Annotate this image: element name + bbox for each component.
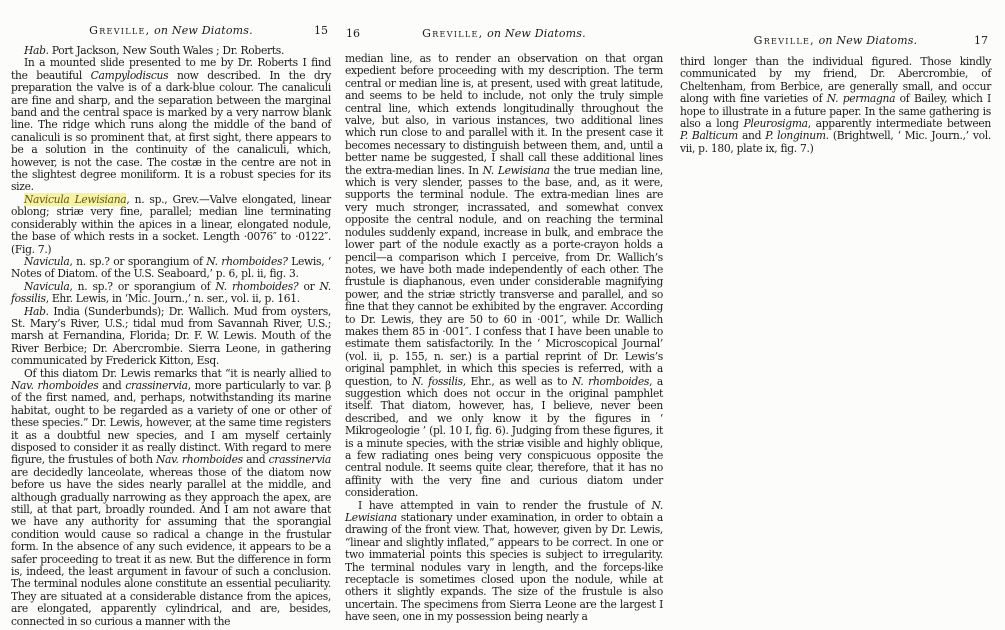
text-run: Of this diatom Dr. Lewis remarks that “i… xyxy=(24,367,331,380)
text-run: and xyxy=(243,453,269,466)
search-highlight: Navicula Lewisiana xyxy=(24,193,126,206)
page-number: 15 xyxy=(314,24,328,37)
text-run: and xyxy=(98,379,125,392)
running-title-subject: on New Diatoms. xyxy=(815,34,917,47)
text-run: India (Sunderbunds); Dr. Wallich. Mud fr… xyxy=(11,305,331,368)
text-run: or xyxy=(298,280,319,293)
text-run: P. Balticum xyxy=(680,129,738,142)
running-title-subject: on New Diatoms. xyxy=(483,27,585,40)
paragraph: Navicula Lewisiana, n. sp., Grev.—Valve … xyxy=(11,194,331,256)
text-run: N. permagna xyxy=(827,92,895,105)
text-run: Navicula xyxy=(24,280,69,293)
text-run: , n. sp.? or sporangium of xyxy=(69,255,206,268)
text-run: I have attempted in vain to render the f… xyxy=(358,499,652,512)
text-run: Pleurosigma xyxy=(743,117,807,130)
text-run: N. Lewisiana xyxy=(483,164,550,177)
scanned-document: { "document": { "colors": { "page_backgr… xyxy=(0,0,1005,630)
text-run: the true median line, which is very slen… xyxy=(345,164,663,388)
text-run: N. rhomboides? xyxy=(215,280,298,293)
running-title: Greville, on New Diatoms. xyxy=(11,24,331,37)
text-run: , Ehr., as well as to xyxy=(463,375,572,388)
text-run: Port Jackson, New South Wales ; Dr. Robe… xyxy=(49,44,284,57)
text-run: median line, as to render an observation… xyxy=(345,52,663,177)
running-title-author: Greville, xyxy=(89,24,150,37)
running-title: Greville, on New Diatoms. xyxy=(680,34,991,47)
paragraph: Hab. India (Sunderbunds); Dr. Wallich. M… xyxy=(11,306,331,368)
paragraph: median line, as to render an observation… xyxy=(345,53,663,500)
paragraph: third longer than the individual figured… xyxy=(680,56,991,155)
text-run: crassinervia xyxy=(125,379,187,392)
text-run: Hab. xyxy=(24,44,49,57)
text-run: N. rhomboides? xyxy=(206,255,287,268)
page-15: Greville, on New Diatoms. 15 Hab. Port J… xyxy=(11,0,331,630)
text-run: are decidedly lanceolate, whereas those … xyxy=(11,466,331,628)
text-run: now described. In the dry preparation th… xyxy=(11,69,331,194)
text-run: , Ehr. Lewis, in ‘Mic. Journ.,’ n. ser.,… xyxy=(46,292,300,305)
paragraph: Navicula, n. sp.? or sporangium of N. rh… xyxy=(11,281,331,306)
text-run: , apparently intermediate between xyxy=(808,117,991,130)
text-run: Campylodiscus xyxy=(91,69,169,82)
page-header: Greville, on New Diatoms. 15 xyxy=(11,24,331,38)
text-run: Hab. xyxy=(24,305,49,318)
paragraph: Navicula, n. sp.? or sporangium of N. rh… xyxy=(11,256,331,281)
page-number: 17 xyxy=(974,34,988,47)
text-run: N. rhomboides xyxy=(572,375,649,388)
paragraph: I have attempted in vain to render the f… xyxy=(345,500,663,624)
running-title-subject: on New Diatoms. xyxy=(150,24,252,37)
page-body: third longer than the individual figured… xyxy=(680,56,991,155)
text-run: P. longinum xyxy=(765,129,825,142)
text-run: stationary under examination, in order t… xyxy=(345,511,663,623)
page-body: Hab. Port Jackson, New South Wales ; Dr.… xyxy=(11,45,331,628)
text-run: Nav. rhomboides xyxy=(156,453,243,466)
page-17: Greville, on New Diatoms. 17 third longe… xyxy=(680,0,991,630)
page-header: 16 Greville, on New Diatoms. xyxy=(345,27,663,41)
text-run: Navicula xyxy=(24,255,69,268)
paragraph: Of this diatom Dr. Lewis remarks that “i… xyxy=(11,368,331,629)
paragraph: In a mounted slide presented to me by Dr… xyxy=(11,57,331,193)
page-header: Greville, on New Diatoms. 17 xyxy=(680,34,991,48)
text-run: and xyxy=(738,129,765,142)
text-run: Nav. rhomboides xyxy=(11,379,98,392)
text-run: N. fossilis xyxy=(412,375,463,388)
page-body: median line, as to render an observation… xyxy=(345,53,663,624)
text-run: , n. sp.? or sporangium of xyxy=(69,280,215,293)
text-run: , a suggestion which does not occur in t… xyxy=(345,375,663,500)
running-title: Greville, on New Diatoms. xyxy=(345,27,663,40)
running-title-author: Greville, xyxy=(422,27,483,40)
running-title-author: Greville, xyxy=(754,34,815,47)
page-16: 16 Greville, on New Diatoms. median line… xyxy=(345,0,663,630)
text-run: crassinervia xyxy=(269,453,331,466)
